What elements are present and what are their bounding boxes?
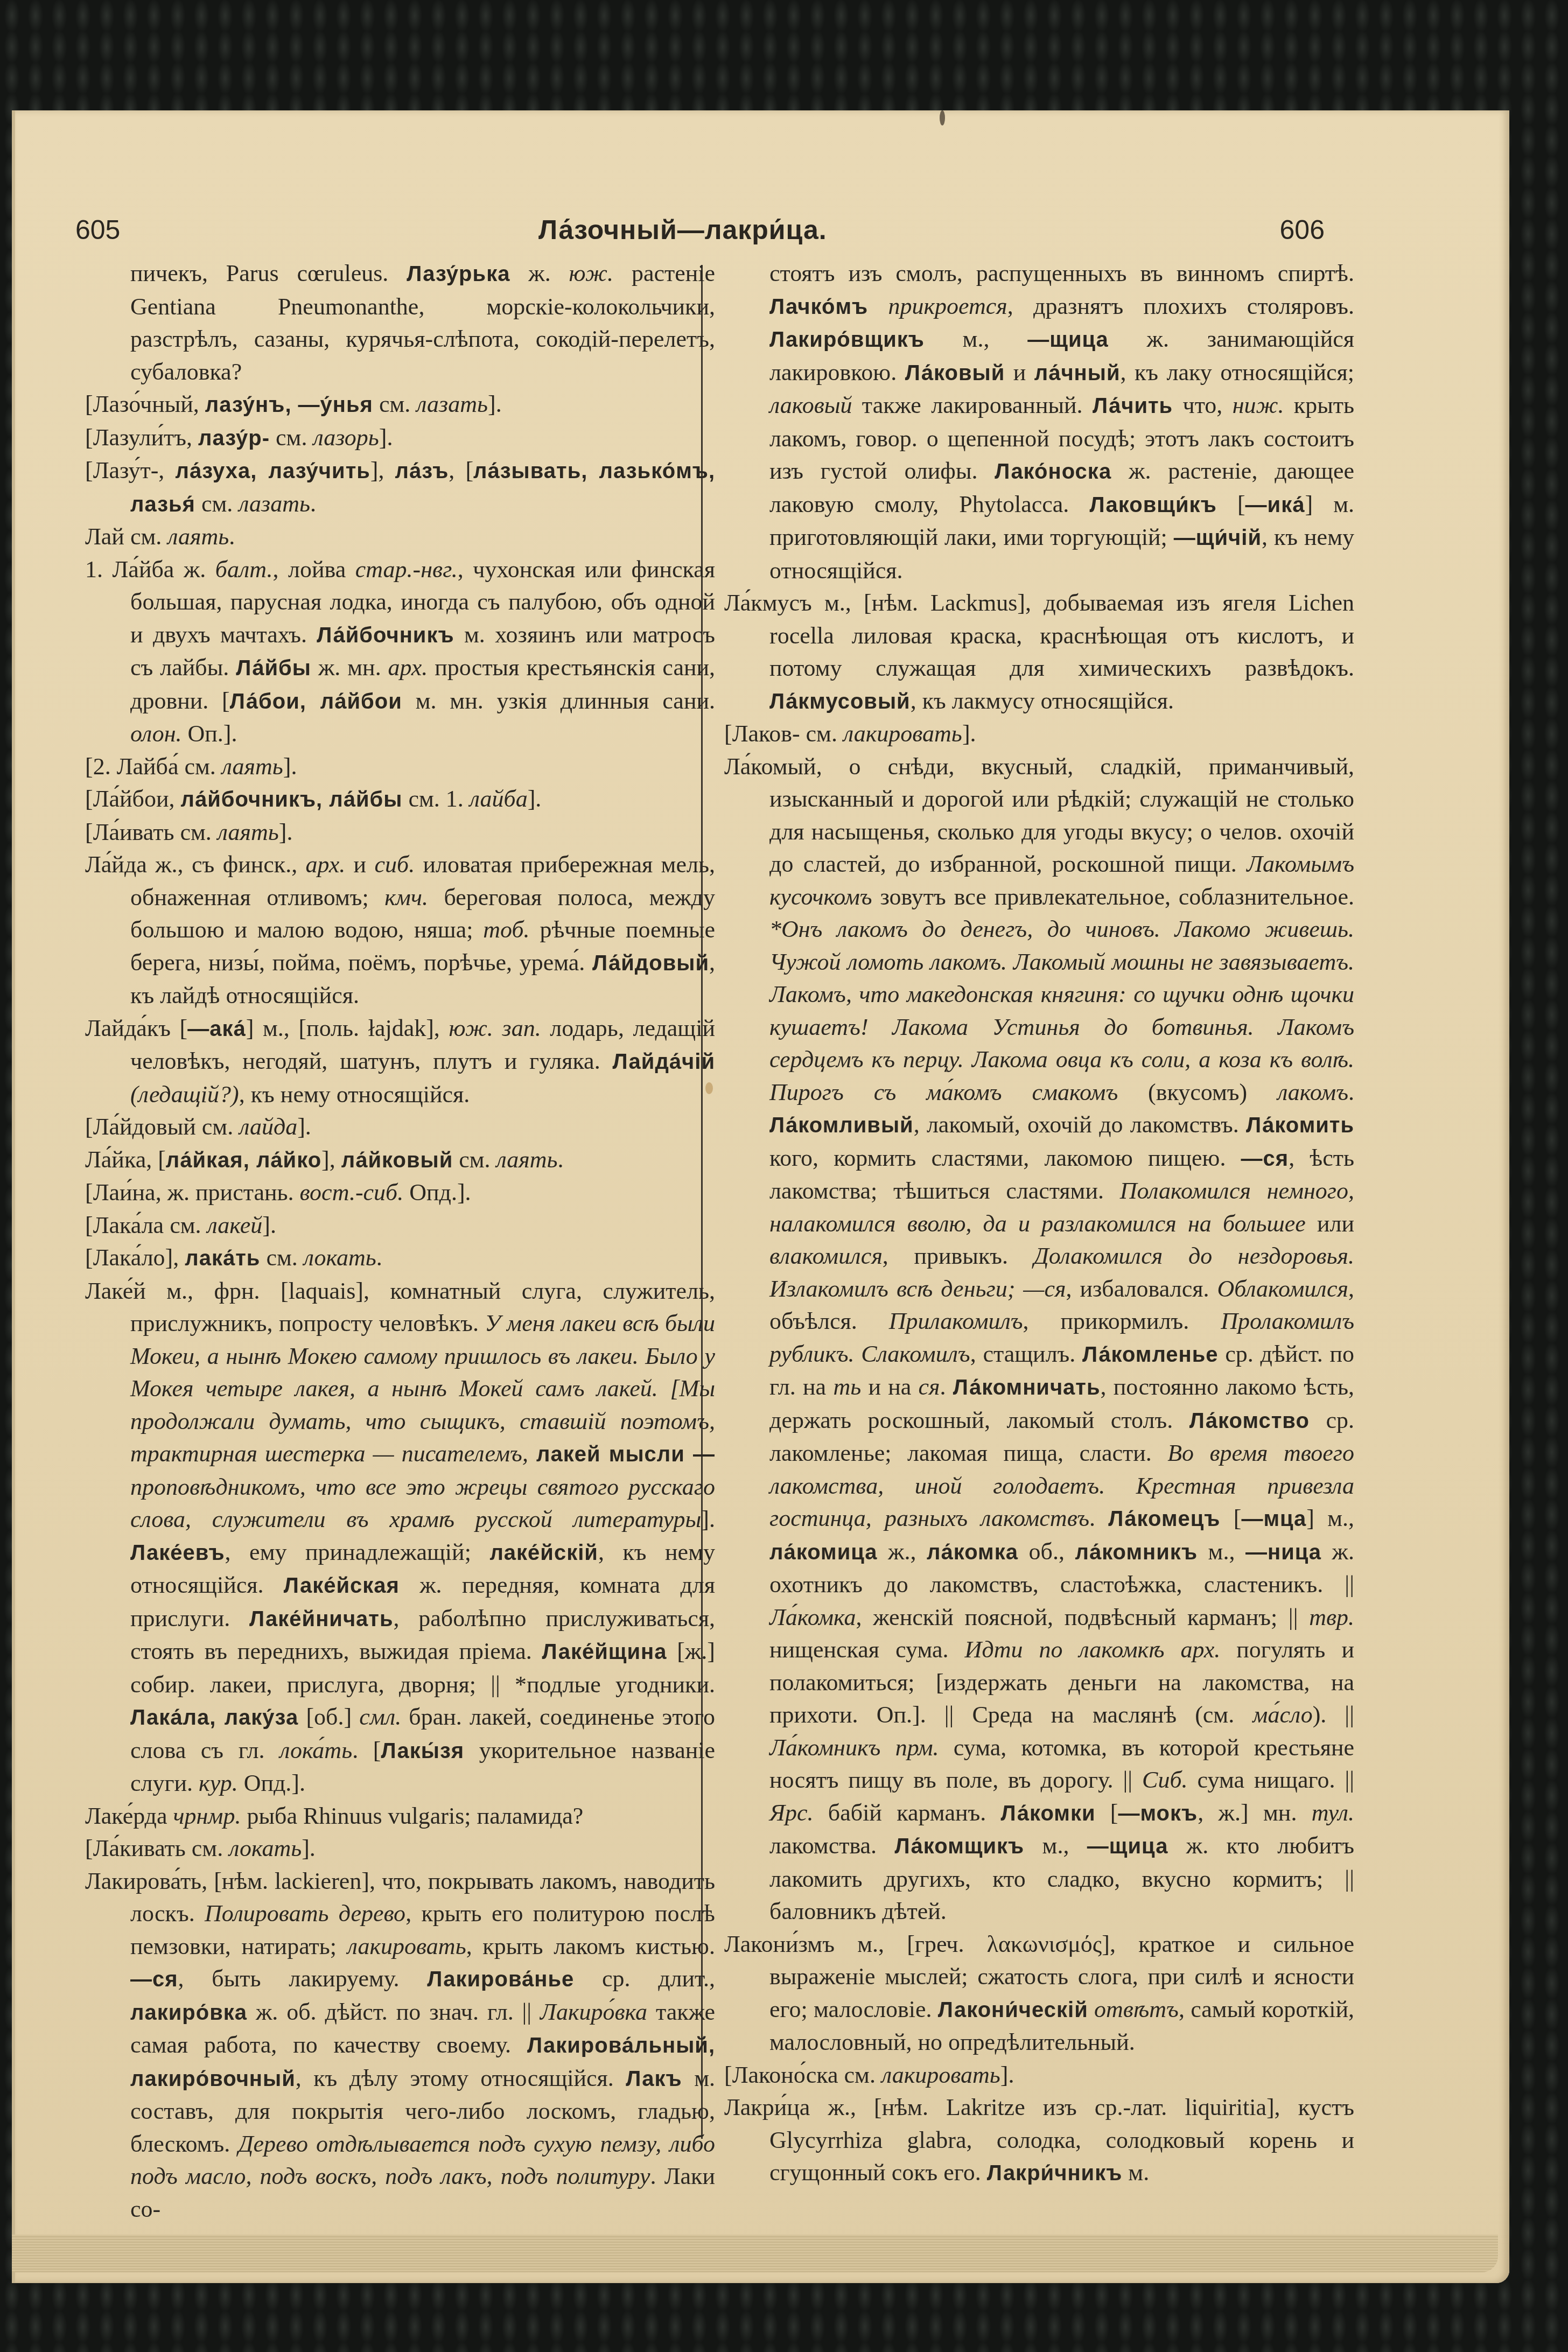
entry-text: , къ лакмусу относящійся.: [911, 688, 1174, 714]
headword: Лакы́зя: [381, 1739, 464, 1763]
headword: лазу́р-: [198, 426, 270, 450]
entry-text: , быть лакируему.: [178, 1965, 428, 1992]
headword: ла́зуха, лазу́чить: [175, 459, 370, 483]
entry-text: см.: [195, 491, 239, 517]
dictionary-entry: [Лаков- см. лакировать].: [724, 718, 1354, 751]
headword: Ла́комки: [1001, 1802, 1096, 1825]
headword: Ла́ковый: [905, 361, 1005, 385]
entry-text: [об.]: [298, 1704, 359, 1730]
entry-text: ж.: [510, 260, 569, 286]
entry-text: см. 1.: [402, 786, 469, 812]
entry-text: . [: [352, 1737, 381, 1763]
italic-text: Прилакомилъ: [889, 1308, 1023, 1334]
entry-text: , ж.] мн.: [1198, 1800, 1312, 1826]
entry-text: , женскій поясной, подвѣсный карманъ; ||: [856, 1604, 1310, 1630]
italic-text: чрнмр.: [173, 1803, 241, 1829]
dictionary-entry: стоятъ изъ смолъ, распущенныхъ въ винном…: [724, 257, 1354, 587]
italic-text: твр.: [1309, 1604, 1354, 1630]
entry-text: [Лаи́на, ж. пристань.: [85, 1179, 300, 1206]
headword: Лачко́мъ: [769, 295, 868, 319]
italic-text: Ярс.: [769, 1800, 813, 1826]
entry-text: ].: [1000, 2062, 1014, 2088]
italic-text: влакомился: [769, 1243, 883, 1269]
headword: ла́зъ: [395, 459, 449, 483]
entry-text: ].: [283, 753, 297, 780]
entry-text: .: [229, 523, 235, 550]
italic-text: тул.: [1312, 1800, 1354, 1826]
entry-text: ].: [302, 1835, 316, 1861]
entry-text: ].: [379, 424, 393, 451]
page-number-left: 605: [75, 214, 120, 246]
dictionary-entry: [Лазу́т-, ла́зуха, лазу́чить], ла́зъ, [л…: [85, 454, 715, 521]
entry-text: ],: [370, 457, 395, 484]
dictionary-entry: Лакри́ца ж., [нѣм. Lakritze изъ ср.-лат.…: [724, 2091, 1354, 2190]
headword: ла́комица: [769, 1541, 878, 1564]
italic-text: ть: [833, 1374, 861, 1400]
entry-text: м.,: [1024, 1832, 1087, 1859]
entry-text: и: [1005, 359, 1034, 386]
dictionary-entry: [Лазули́тъ, лазу́р- см. лазорь].: [85, 422, 715, 455]
headword: лака́ть: [185, 1247, 260, 1270]
italic-text: Облакомился: [1217, 1276, 1348, 1302]
headword: лазу́нъ, —у́нья: [205, 393, 373, 417]
entry-text: , привыкъ.: [883, 1243, 1034, 1269]
dictionary-entry: [Лака́ло], лака́ть см. локать.: [85, 1242, 715, 1275]
entry-text: ].: [962, 720, 976, 747]
headword: ла́комка: [927, 1541, 1018, 1564]
entry-text: см.: [270, 424, 313, 451]
italic-text: балт.: [215, 556, 273, 583]
italic-text: Лакиро́вка: [540, 1999, 647, 2025]
dictionary-entry: Лай см. лаять.: [85, 521, 715, 554]
entry-text: Ла́кмусъ м., [нѣм. Lackmus], добываемая …: [724, 590, 1354, 681]
italic-text: лакировать: [347, 1933, 466, 1959]
italic-text: Ла́комникъ: [769, 1734, 880, 1761]
headword: Лакъ: [626, 2067, 682, 2091]
headword: Лакри́чникъ: [987, 2161, 1123, 2185]
italic-text: лока́ть: [279, 1737, 352, 1763]
entry-text: [: [1217, 491, 1245, 517]
entry-text: об.,: [1018, 1538, 1075, 1565]
headword: лаке́йскій: [489, 1541, 598, 1565]
ink-mark: [940, 110, 945, 125]
headword: —щи́чій: [1174, 526, 1262, 550]
italic-text: отвѣтъ: [1094, 1996, 1179, 2022]
entry-text: и на: [861, 1374, 918, 1400]
headword: Лакиро́вщикъ: [769, 328, 925, 352]
headword: Ла́комленье: [1082, 1343, 1218, 1367]
headword: Ла́комство: [1189, 1409, 1310, 1433]
entry-text: ].: [488, 391, 502, 417]
entry-text: .: [1089, 1505, 1108, 1531]
dictionary-entry: Лакони́змъ м., [греч. λακωνισμός], кратк…: [724, 1928, 1354, 2059]
headword: Ла́йбочникъ: [317, 624, 454, 647]
headword: Ла́чить: [1093, 394, 1173, 418]
headword: ла́йбочникъ, ла́йбы: [181, 788, 403, 811]
headword: ла́чный: [1034, 361, 1121, 385]
italic-text: лаять: [167, 523, 229, 550]
dictionary-entry: [Лаи́на, ж. пристань. вост.-сиб. Опд.].: [85, 1177, 715, 1209]
entry-text: м. мн. узкія длинныя сани.: [402, 688, 715, 714]
headword: —щица: [1087, 1835, 1168, 1858]
entry-text: м.,: [925, 326, 1027, 352]
entry-text: ). ||: [1313, 1702, 1354, 1728]
italic-text: кмч.: [384, 884, 428, 911]
entry-text: Оп.].: [181, 720, 237, 747]
entry-text: лакомства.: [769, 1832, 894, 1859]
entry-text: , лакомый, охочій до лакомствъ.: [914, 1111, 1246, 1138]
entry-text: нищенская сума.: [769, 1636, 965, 1663]
entry-text: .: [1348, 1079, 1354, 1105]
italic-text: Полировать дерево: [205, 1900, 405, 1927]
entry-text: что,: [1173, 392, 1232, 418]
entry-text: ],: [321, 1146, 341, 1173]
entry-text: Опд.].: [403, 1179, 471, 1206]
entry-text: [1088, 1996, 1094, 2022]
italic-text: лайда: [239, 1114, 297, 1140]
entry-text: ср. длит.,: [574, 1965, 715, 1992]
dictionary-entry: [2. Лайба́ см. лаять].: [85, 751, 715, 783]
dictionary-entry: Ла́йда ж., съ финск., арх. и сиб. иловат…: [85, 849, 715, 1012]
left-column: пичекъ, Parus cœruleus. Лазу́рька ж. юж.…: [85, 257, 715, 2225]
entry-text: пичекъ, Parus cœruleus.: [130, 260, 407, 286]
italic-text: лаковый: [769, 392, 852, 418]
dictionary-entry: Ла́кмусъ м., [нѣм. Lackmus], добываемая …: [724, 587, 1354, 718]
italic-text: тоб.: [483, 916, 529, 943]
right-column: стоятъ изъ смолъ, распущенныхъ въ винном…: [724, 257, 1354, 2190]
headword: Ла́комщикъ: [894, 1835, 1024, 1858]
italic-text: арх.: [306, 851, 346, 878]
entry-text: Ла́йда ж., съ финск.,: [85, 851, 306, 878]
italic-text: лазать: [239, 491, 310, 517]
headword: —мца: [1241, 1507, 1306, 1531]
dictionary-entry: 1. Ла́йба ж. балт., лойва стар.-нвг., чу…: [85, 554, 715, 751]
headword: Лаке́йская: [284, 1574, 400, 1598]
dictionary-entry: [Ла́йбои, ла́йбочникъ, ла́йбы см. 1. лай…: [85, 783, 715, 816]
headword: Лаке́евъ: [130, 1541, 225, 1565]
entry-text: или: [1306, 1210, 1354, 1237]
italic-text: юж.: [569, 260, 613, 286]
entry-text: [Лака́ло],: [85, 1244, 185, 1271]
headword: Лака́ла, лаку́за: [130, 1706, 298, 1730]
italic-text: лакомъ: [1277, 1079, 1348, 1105]
headword: —щица: [1027, 328, 1109, 352]
entry-text: ж.,: [878, 1538, 927, 1565]
italic-text: Сиб.: [1142, 1767, 1187, 1793]
italic-text: лазать: [416, 391, 488, 417]
entry-text: см.: [373, 391, 416, 417]
entry-text: бабій карманъ.: [813, 1800, 1000, 1826]
entry-text: ] м.,: [1306, 1505, 1354, 1531]
entry-text: ].: [528, 786, 542, 812]
italic-text: лакей: [207, 1212, 263, 1238]
italic-text: прикроется: [888, 293, 1007, 319]
entry-text: кого, кормить сластями, лакомою пищею.: [769, 1145, 1241, 1171]
headword: —ся: [1241, 1147, 1289, 1171]
entry-text: , крыть лакомъ кистью.: [466, 1933, 715, 1959]
headword: ла́йкая, ла́йко: [166, 1149, 321, 1172]
headword: лакей мысли —: [528, 1443, 715, 1466]
running-title: Ла́зочный—лакри́ца.: [538, 214, 827, 246]
headword: —ница: [1245, 1541, 1321, 1564]
entry-text: Лайда́къ [: [85, 1015, 187, 1041]
entry-text: Опд.].: [238, 1770, 305, 1796]
italic-text: (ледащій?): [130, 1081, 239, 1108]
dictionary-entry: [Ла́кивать см. локать].: [85, 1832, 715, 1865]
entry-text: .: [376, 1244, 382, 1271]
entry-text: зовутъ все привлекательное, соблазнитель…: [872, 884, 1354, 910]
dictionary-entry: Ла́йка, [ла́йкая, ла́йко], ла́йковый см.…: [85, 1144, 715, 1177]
entry-text: .: [940, 1374, 953, 1400]
entry-text: [Лаконо́ска см.: [724, 2062, 881, 2088]
entry-text: [Ла́кивать см.: [85, 1835, 229, 1861]
entry-text: .: [558, 1146, 564, 1173]
italic-text: стар.-нвг.: [355, 556, 458, 583]
italic-text: Ла́комка: [769, 1604, 856, 1630]
headword: Ла́комить: [1246, 1114, 1354, 1137]
entry-text: [Лазо́чный,: [85, 391, 205, 417]
headword: Лакони́ческій: [938, 1998, 1088, 2022]
entry-text: , къ дѣлу этому относящійся.: [296, 2065, 626, 2091]
italic-text: лайба: [470, 786, 528, 812]
entry-text: ж. мн.: [311, 654, 388, 681]
italic-text: арх.: [1181, 1636, 1221, 1663]
entry-text: , къ лаку относящійся;: [1121, 359, 1354, 386]
italic-text: смл.: [359, 1704, 401, 1730]
dictionary-entry: Лаке́рда чрнмр. рыба Rhinuus vulgaris; п…: [85, 1800, 715, 1833]
entry-text: , избаловался.: [1066, 1276, 1217, 1302]
headword: Ла́комничать: [953, 1376, 1101, 1399]
headword: —ся: [130, 1968, 178, 1991]
page-number-right: 606: [1280, 214, 1325, 246]
entry-text: ] м., [поль. łajdak],: [246, 1015, 449, 1041]
dictionary-entry: пичекъ, Parus cœruleus. Лазу́рька ж. юж.…: [85, 257, 715, 388]
headword: Лаке́йщина: [542, 1640, 667, 1664]
headword: Ла́комливый: [769, 1114, 914, 1137]
headword: —ика́: [1245, 493, 1305, 517]
italic-text: сиб.: [375, 851, 415, 878]
headword: Лайда́чій: [613, 1050, 715, 1074]
italic-text: *Онъ лакомъ до денегъ, до чиновъ. Лакомо…: [769, 916, 1354, 1105]
italic-text: вост.-сиб.: [300, 1179, 404, 1206]
headword: Лако́носка: [995, 460, 1111, 484]
italic-text: лаять: [496, 1146, 558, 1173]
italic-text: проповѣдникомъ, что все это жрецы святог…: [130, 1474, 715, 1533]
italic-text: ся: [919, 1374, 940, 1400]
headword: ла́йковый: [341, 1149, 453, 1172]
entry-text: [Ла́йбои,: [85, 786, 181, 812]
dictionary-entry: Лакирова́ть, [нѣм. lackieren], что, покр…: [85, 1865, 715, 2226]
headword: Лаке́йничать: [249, 1607, 394, 1631]
entry-text: [Лазу́т-,: [85, 457, 175, 484]
italic-text: ма́сло: [1252, 1702, 1312, 1728]
italic-text: ниж.: [1233, 392, 1284, 418]
headword: —мокъ: [1118, 1802, 1198, 1825]
italic-text: олон.: [130, 720, 181, 747]
italic-text: локать: [304, 1244, 376, 1271]
headword: Ла́кмусовый: [769, 690, 911, 713]
italic-text: юж. зап.: [449, 1015, 541, 1041]
entry-text: Лай см.: [85, 523, 167, 550]
entry-text: , [: [449, 457, 473, 484]
dictionary-entry: Ла́комый, о снѣди, вкусный, сладкій, при…: [724, 751, 1354, 1928]
entry-text: [Ла́ивать см.: [85, 819, 218, 845]
entry-text: ].: [262, 1212, 276, 1238]
dictionary-entry: Лайда́къ [—ака́] м., [поль. łajdak], юж.…: [85, 1012, 715, 1111]
entry-text: , къ нему относящійся.: [239, 1081, 470, 1108]
dictionary-entry: [Лазо́чный, лазу́нъ, —у́нья см. лазать].: [85, 388, 715, 422]
entry-text: ].: [701, 1506, 715, 1532]
entry-text: [2. Лайба́ см.: [85, 753, 222, 780]
entry-text: ].: [279, 819, 293, 845]
italic-text: лаять: [222, 753, 283, 780]
running-head: 605 Ла́зочный—лакри́ца. 606: [65, 214, 1325, 247]
headword: Ла́комецъ: [1108, 1507, 1220, 1531]
headword: лакиро́вка: [130, 2001, 247, 2025]
dictionary-entry: Лаке́й м., фрн. [laquais], комнатный слу…: [85, 1275, 715, 1800]
entry-text: [880, 1734, 895, 1761]
entry-text: , прикормилъ.: [1023, 1308, 1221, 1334]
entry-text: (вкусомъ): [1118, 1079, 1277, 1105]
entry-text: м.: [1122, 2159, 1149, 2186]
headword: Ла́йдовый: [592, 951, 709, 975]
entry-text: см.: [260, 1244, 303, 1271]
italic-text: Идти по лакомкѣ: [965, 1636, 1165, 1663]
italic-text: лазорь: [313, 424, 379, 451]
entry-text: ].: [297, 1114, 311, 1140]
entry-text: рыба Rhinuus vulgaris; паламида?: [241, 1803, 583, 1829]
entry-text: стоятъ изъ смолъ, распущенныхъ въ винном…: [769, 260, 1354, 286]
headword: —ака́: [187, 1017, 246, 1041]
entry-text: , дразнятъ плохихъ столяровъ.: [1007, 293, 1354, 319]
dictionary-entry: [Лака́ла см. лакей].: [85, 1209, 715, 1242]
entry-text: [: [1096, 1800, 1118, 1826]
dictionary-entry: [Ла́ивать см. лаять].: [85, 816, 715, 849]
entry-text: ж. об. дѣйст. по знач. гл. ||: [247, 1999, 540, 2025]
entry-text: сума нищаго. ||: [1188, 1767, 1354, 1793]
entry-text: также лакированный.: [852, 392, 1093, 418]
headword: Лакирова́нье: [427, 1968, 574, 1991]
entry-text: [: [1221, 1505, 1242, 1531]
italic-text: локать: [229, 1835, 302, 1861]
entry-text: [Лазули́тъ,: [85, 424, 198, 451]
italic-text: кур.: [199, 1770, 238, 1796]
entry-text: м.,: [1198, 1538, 1245, 1565]
entry-text: Ла́йка, [: [85, 1146, 166, 1173]
entry-text: [Лака́ла см.: [85, 1212, 207, 1238]
dictionary-entry: [Лаконо́ска см. лакировать].: [724, 2059, 1354, 2092]
italic-text: арх.: [388, 654, 428, 681]
entry-text: 1. Ла́йба ж.: [85, 556, 215, 583]
entry-text: [868, 293, 888, 319]
headword: Ла́бои, ла́йбои: [230, 690, 402, 713]
entry-text: Лаке́рда: [85, 1803, 173, 1829]
entry-text: [1164, 1636, 1180, 1663]
headword: Ла́йбы: [236, 656, 311, 680]
entry-text: [Ла́йдовый см.: [85, 1114, 239, 1140]
italic-text: лакировать: [881, 2062, 1000, 2088]
italic-text: прм.: [895, 1734, 939, 1761]
dictionary-entry: [Ла́йдовый см. лайда].: [85, 1111, 715, 1144]
entry-text: , лойва: [272, 556, 355, 583]
page-edge-stack: [12, 2235, 1498, 2272]
entry-text: , ему принадлежащій;: [225, 1539, 490, 1565]
italic-text: лакировать: [843, 720, 962, 747]
entry-text: и: [345, 851, 374, 878]
entry-text: , стащилъ.: [970, 1341, 1082, 1367]
headword: Лаковщи́къ: [1089, 493, 1216, 517]
headword: ла́комникъ: [1075, 1541, 1198, 1564]
headword: Лазу́рька: [407, 262, 510, 286]
entry-text: .: [310, 491, 316, 517]
entry-text: см.: [453, 1146, 496, 1173]
italic-text: лаять: [218, 819, 279, 845]
entry-text: [Лаков- см.: [724, 720, 843, 747]
